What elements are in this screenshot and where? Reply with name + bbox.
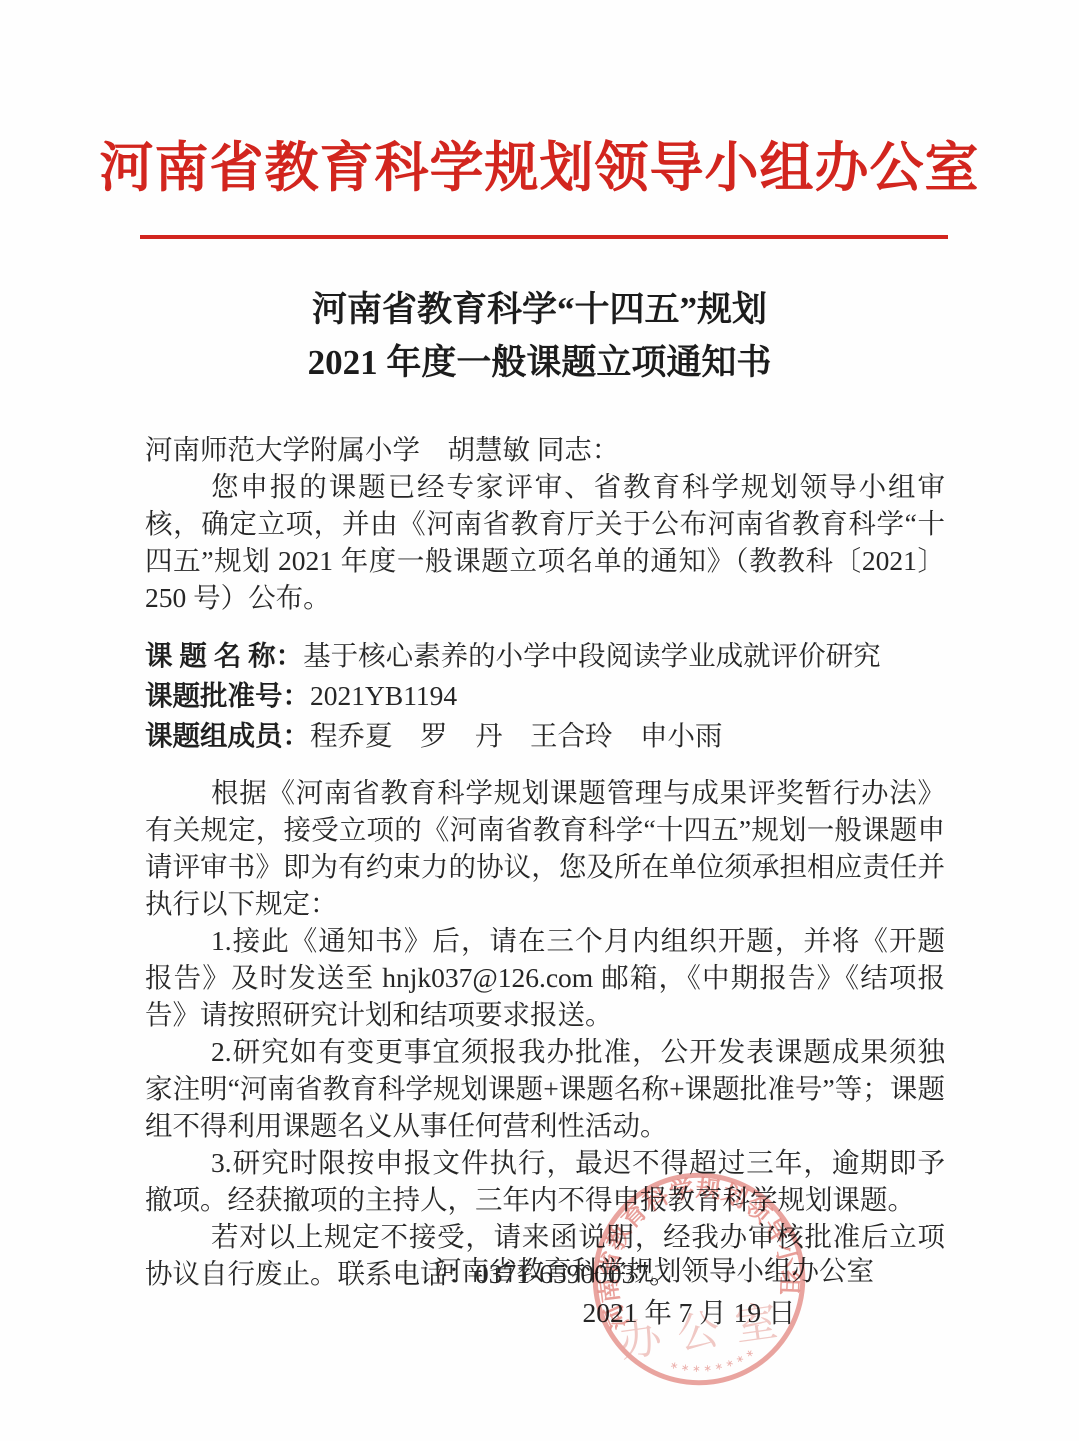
team-members-value: 程乔夏 罗 丹 王合玲 申小雨 [310, 720, 723, 751]
document-title: 河南省教育科学“十四五”规划 2021 年度一般课题立项通知书 [0, 283, 1079, 389]
signature-block: 河南省教育科学规划领导小组办公室 2021 年 7 月 19 日 [434, 1250, 874, 1334]
signature-date: 2021 年 7 月 19 日 [434, 1292, 874, 1334]
document-title-line1: 河南省教育科学“十四五”规划 [0, 283, 1079, 336]
approval-number-row: 课题批准号：2021YB1194 [145, 676, 945, 716]
approval-number-value: 2021YB1194 [310, 680, 457, 711]
letterhead-rule [140, 235, 948, 239]
document-title-line2: 2021 年度一般课题立项通知书 [0, 336, 1079, 389]
letterhead-title: 河南省教育科学规划领导小组办公室 [0, 128, 1079, 209]
recipient-line: 河南师范大学附属小学 胡慧敏 同志： [145, 431, 945, 468]
rules-intro-paragraph: 根据《河南省教育科学规划课题管理与成果评奖暂行办法》有关规定，接受立项的《河南省… [145, 774, 945, 922]
approval-number-label: 课题批准号： [145, 680, 310, 711]
team-members-label: 课题组成员： [145, 720, 310, 751]
project-name-label: 课 题 名 称： [145, 640, 303, 671]
rule-item-2: 2.研究如有变更事宜须报我办批准，公开发表课题成果须独家注明“河南省教育科学规划… [145, 1033, 945, 1144]
rule-item-3: 3.研究时限按申报文件执行，最迟不得超过三年，逾期即予撤项。经获撤项的主持人，三… [145, 1144, 945, 1218]
intro-paragraph: 您申报的课题已经专家评审、省教育科学规划领导小组审核，确定立项，并由《河南省教育… [145, 468, 945, 616]
signature-org: 河南省教育科学规划领导小组办公室 [434, 1250, 874, 1292]
project-name-value: 基于核心素养的小学中段阅读学业成就评价研究 [303, 640, 881, 671]
project-name-row: 课 题 名 称：基于核心素养的小学中段阅读学业成就评价研究 [145, 636, 945, 676]
project-info-block: 课 题 名 称：基于核心素养的小学中段阅读学业成就评价研究 课题批准号：2021… [145, 636, 945, 756]
document-page: 河南省教育科学规划领导小组办公室 河南省教育科学“十四五”规划 2021 年度一… [0, 0, 1079, 1441]
team-members-row: 课题组成员：程乔夏 罗 丹 王合玲 申小雨 [145, 716, 945, 756]
document-body: 河南师范大学附属小学 胡慧敏 同志： 您申报的课题已经专家评审、省教育科学规划领… [145, 431, 945, 1292]
rule-item-1: 1.接此《通知书》后，请在三个月内组织开题，并将《开题报告》及时发送至 hnjk… [145, 922, 945, 1033]
